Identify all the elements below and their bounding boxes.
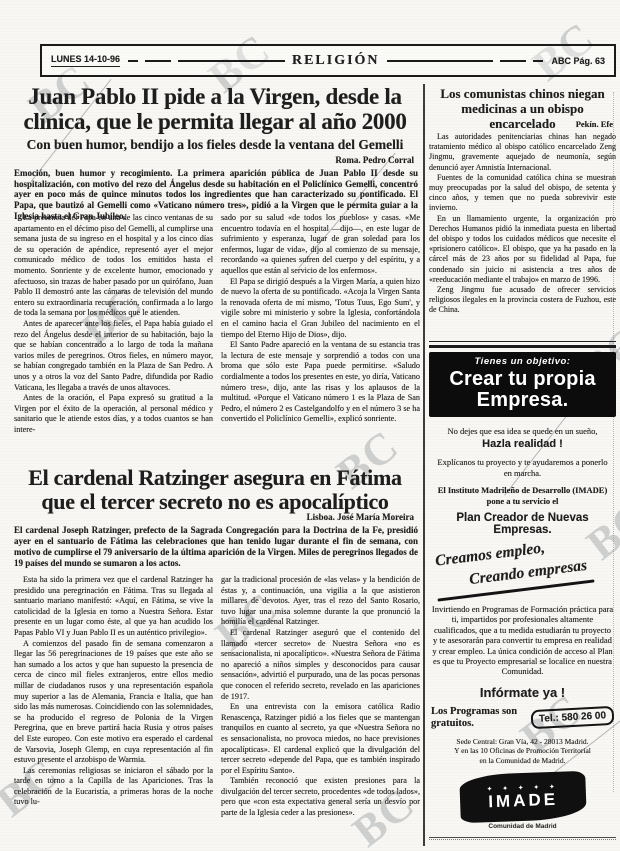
ad-black-banner: Tienes un objetivo: Crear tu propia Empr…	[429, 352, 616, 417]
ad-telephone-stamp: Tel.: 580 26 00	[530, 706, 614, 729]
paragraph: Antes de aparecer ante los fieles, el Pa…	[14, 319, 213, 393]
header-rule	[533, 60, 543, 62]
article2-column-1: Esta ha sido la primera vez que el carde…	[14, 575, 213, 808]
header-rule	[145, 60, 171, 62]
article2-headline: El cardenal Ratzinger asegura en Fátima …	[12, 466, 418, 514]
article1-subheadline: Con buen humor, bendijo a los fieles des…	[12, 137, 418, 153]
column-divider	[423, 84, 425, 846]
article1-byline: Roma. Pedro Corral	[12, 155, 414, 165]
ad-title-line2: Empresa.	[477, 389, 569, 411]
ad-free-note: Los Programas son gratuitos.	[431, 706, 523, 730]
page-header: LUNES 14-10-96 RELIGIÓN ABC Pág. 63	[40, 44, 616, 77]
ad-body-1: Explícanos tu proyecto y te ayudaremos a…	[437, 457, 608, 478]
ad-plan-name: Plan Creador de Nuevas Empresas.	[429, 512, 616, 536]
ad-kicker: Tienes un objetivo:	[431, 356, 614, 367]
article2-byline: Lisboa. José María Moreira	[12, 512, 414, 522]
article2-column-2: gar la tradicional procesión de «las vel…	[221, 575, 420, 819]
header-rule	[128, 60, 138, 62]
imade-logo-caption: Comunidad de Madrid	[460, 823, 586, 830]
sidebar-separator-rule	[429, 345, 616, 348]
header-rule	[387, 60, 494, 62]
article1-column-1: La presencia del Papa en una de las cinc…	[14, 213, 213, 435]
ad-bottom-rule	[429, 837, 616, 840]
ad-free-tel-row: Los Programas son gratuitos. Tel.: 580 2…	[429, 706, 616, 730]
paragraph: La presencia del Papa en una de las cinc…	[14, 213, 213, 319]
ad-title-line1: Crear tu propia	[449, 368, 595, 390]
paragraph: El Papa se dirigió después a la Virgen M…	[221, 277, 420, 341]
paragraph: Fuentes de la comunidad católica china s…	[429, 173, 616, 214]
imade-logo-text: IMADE	[487, 791, 557, 811]
article2-lead: El cardenal Joseph Ratzinger, prefecto d…	[14, 525, 418, 569]
sidebar-separator-rule	[429, 341, 616, 342]
sidebar-article-byline: Pekín. Efe	[429, 119, 613, 129]
paragraph: Esta ha sido la primera vez que el carde…	[14, 575, 213, 639]
imade-logo-blob: ✦ ✦ ✦ ✦ ✦ IMADE	[459, 771, 587, 823]
sidebar-article-body: Las autoridades penitenciarias chinas ha…	[429, 132, 616, 316]
imade-advertisement: Tienes un objetivo: Crear tu propia Empr…	[429, 352, 616, 840]
paragraph: A comienzos del pasado fin de semana com…	[14, 639, 213, 766]
header-rule-left: RELIGIÓN	[128, 53, 543, 69]
paragraph: En un llamamiento urgente, la organizaci…	[429, 214, 616, 285]
article1-column-2: sado por su salud «de todos los pueblos»…	[221, 213, 420, 425]
ad-title: Crear tu propia Empresa.	[431, 369, 614, 411]
paragraph: Las autoridades penitenciarias chinas ha…	[429, 132, 616, 173]
ad-cta: Infórmate ya !	[429, 685, 616, 700]
ad-body-3: Invirtiendo en Programas de Formación pr…	[431, 604, 614, 677]
header-rule	[178, 60, 285, 62]
header-page-ref: ABC Pág. 63	[551, 56, 605, 66]
paragraph: También reconoció que existen presiones …	[221, 776, 420, 818]
ad-body-2: El Instituto Madrileño de Desarrollo (IM…	[437, 485, 608, 506]
article1-headline: Juan Pablo II pide a la Virgen, desde la…	[12, 84, 418, 134]
paragraph: El cardenal Ratzinger aseguró que el con…	[221, 628, 420, 702]
ad-hazla-line: Hazla realidad !	[429, 438, 616, 450]
imade-logo: ✦ ✦ ✦ ✦ ✦ IMADE Comunidad de Madrid	[460, 773, 586, 830]
paragraph: Zeng Jingmu fue acusado de ofrecer servi…	[429, 285, 616, 316]
paragraph: Antes de la oración, el Papa expresó su …	[14, 393, 213, 435]
paragraph: gar la tradicional procesión de «las vel…	[221, 575, 420, 628]
paragraph: Las ceremonias religiosas se iniciaron e…	[14, 766, 213, 808]
header-rule	[500, 60, 526, 62]
ad-address: Sede Central: Gran Vía, 42 - 28013 Madri…	[429, 737, 616, 765]
section-title: RELIGIÓN	[292, 53, 380, 69]
paragraph: sado por su salud «de todos los pueblos»…	[221, 213, 420, 277]
ad-address-line3: en la Comunidad de Madrid.	[479, 756, 565, 765]
ad-address-line2: Y en las 10 Oficinas de Promoción Territ…	[454, 746, 591, 755]
paragraph: El Santo Padre apareció en la ventana de…	[221, 340, 420, 425]
header-date: LUNES 14-10-96	[51, 54, 120, 67]
ad-address-line1: Sede Central: Gran Vía, 42 - 28013 Madri…	[456, 737, 588, 746]
paragraph: En una entrevista con la emisora católic…	[221, 702, 420, 776]
ad-script-slogan: Creamos empleo, Creando empresas	[429, 542, 616, 598]
newspaper-page: BC BC BC BC BC BC BC BC BC BC BC LUNES 1…	[0, 0, 620, 851]
ad-dream-line: No dejes que esa idea se quede en un sue…	[429, 426, 616, 436]
